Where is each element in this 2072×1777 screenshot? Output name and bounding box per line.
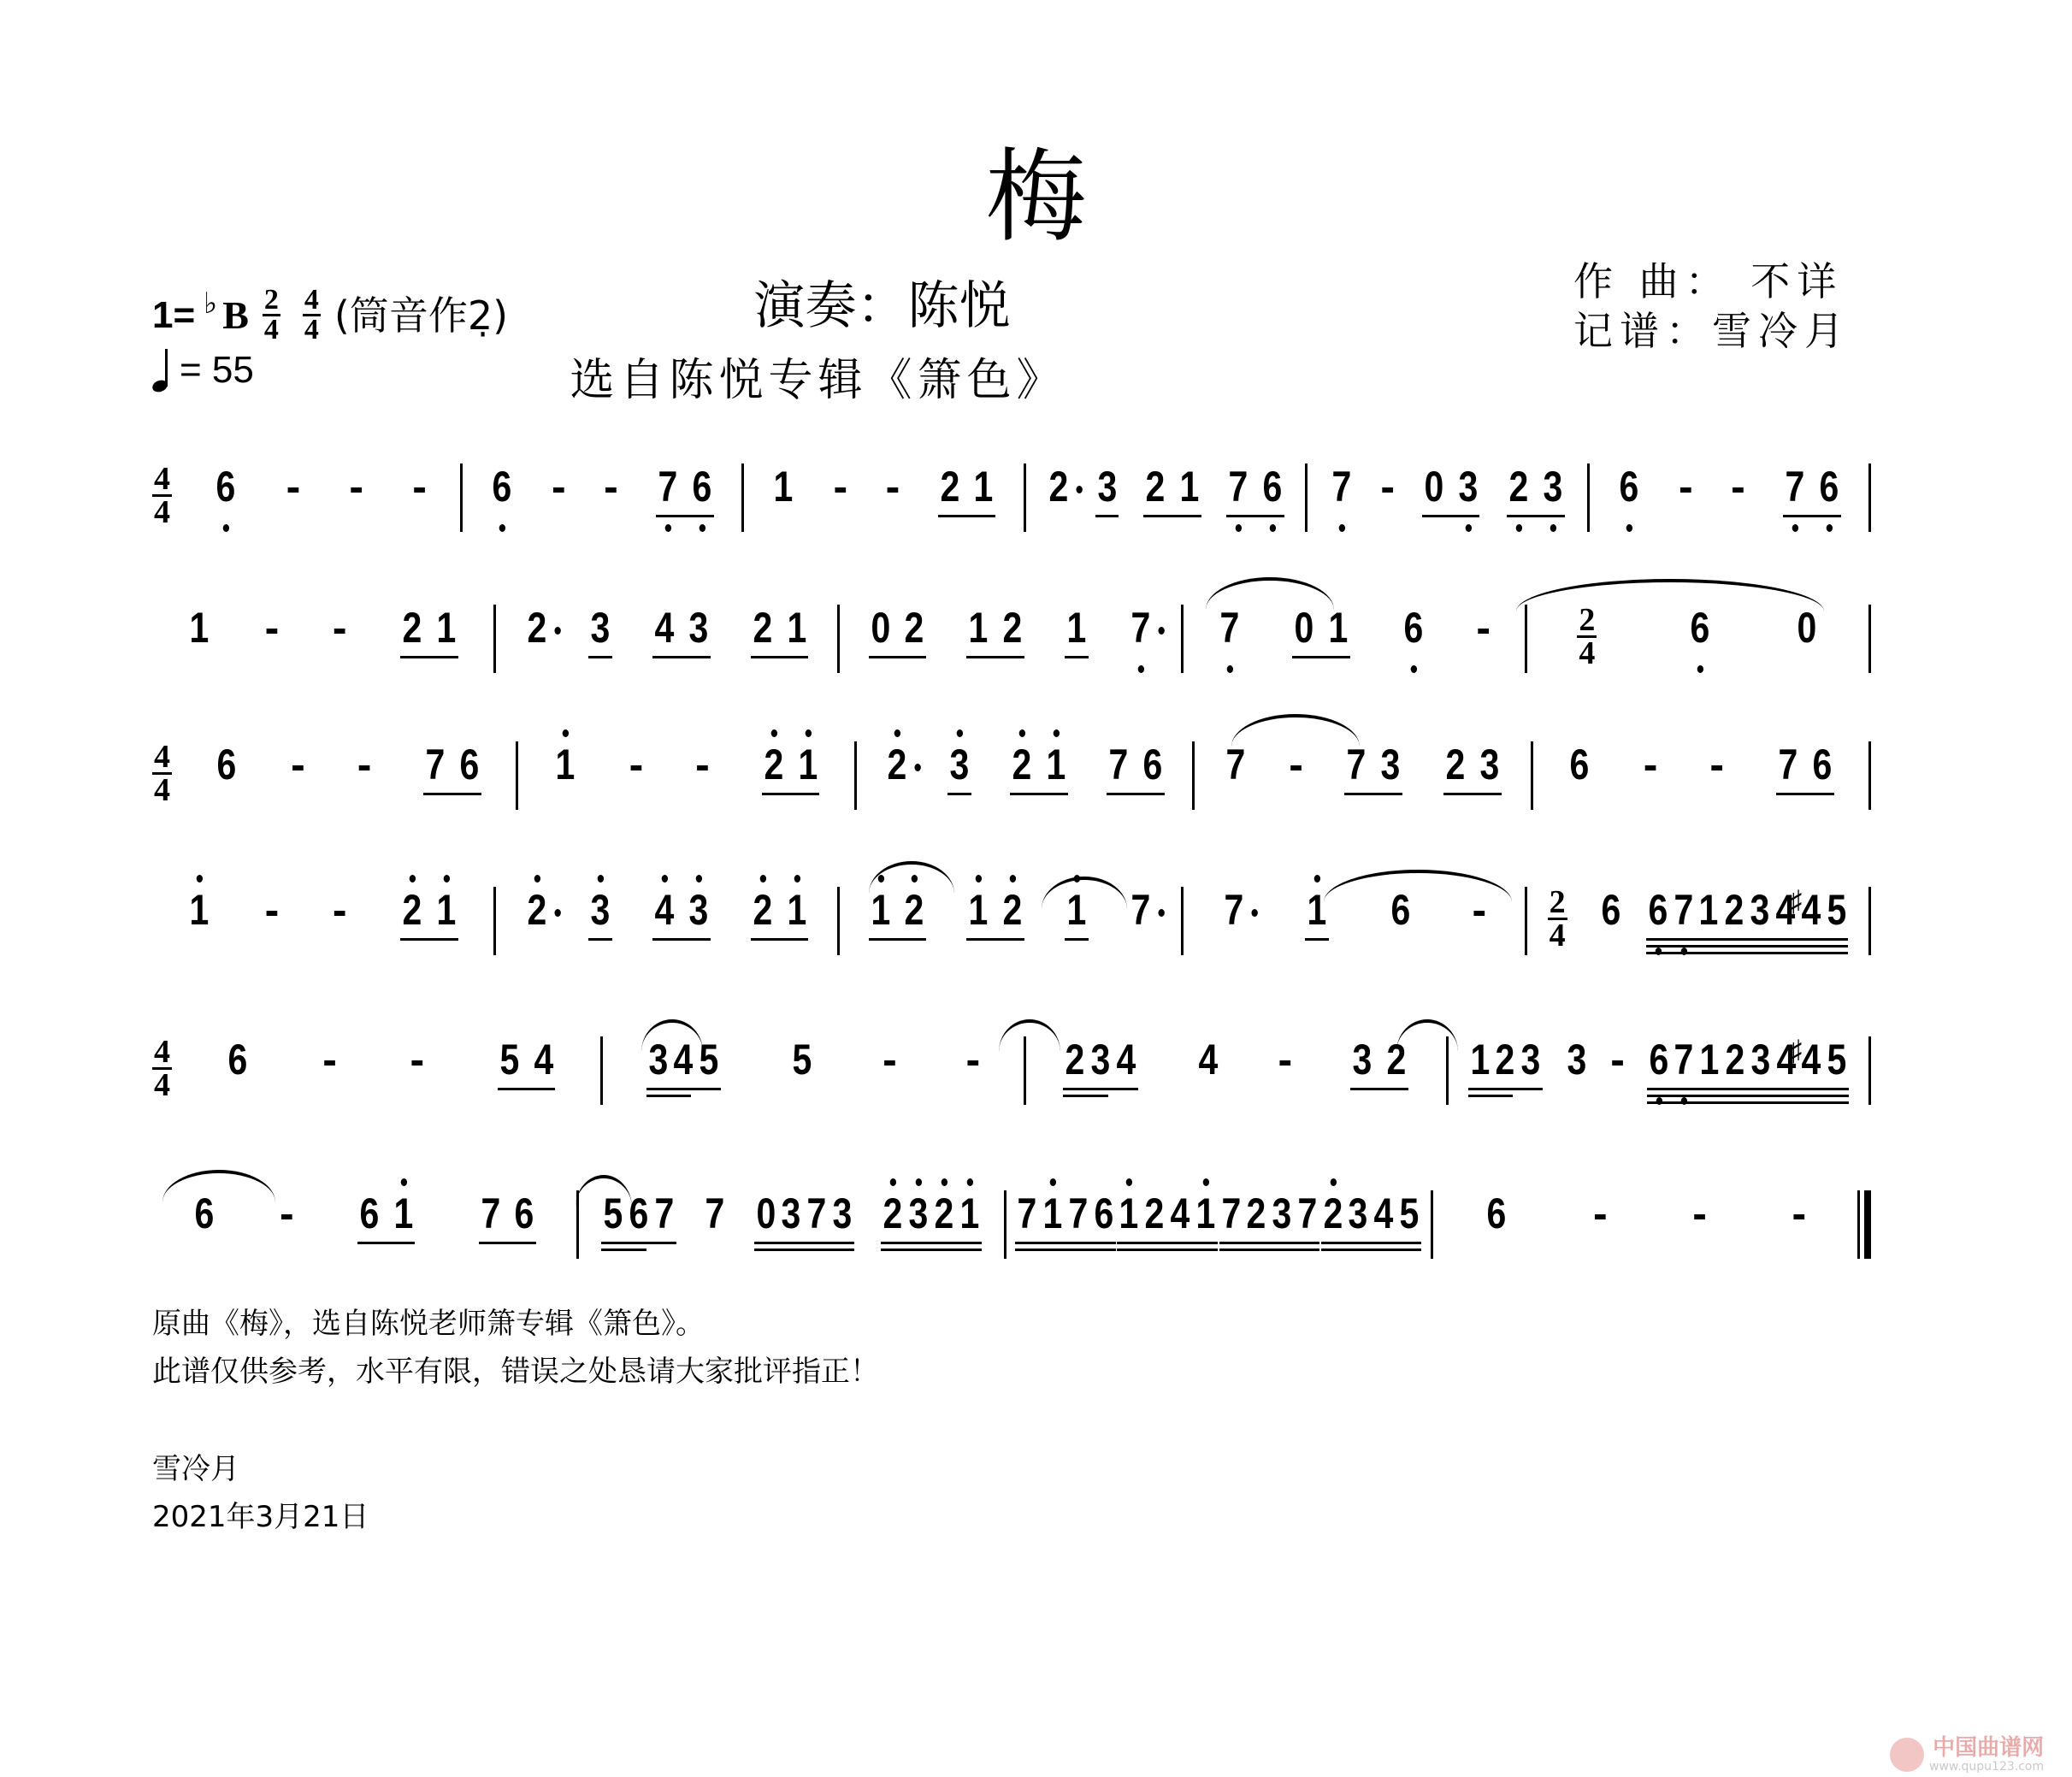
note: 2	[753, 885, 772, 935]
note: 6	[1601, 885, 1620, 935]
beam-group-notes: 01	[1292, 603, 1350, 652]
note: 4	[1117, 1035, 1136, 1084]
note: 7	[1674, 1035, 1694, 1084]
underline-beam	[656, 515, 714, 517]
high-octave-dot-icon	[400, 1178, 406, 1186]
beam-group: 6712344♯5	[1646, 885, 1849, 954]
sustain-dash: -	[333, 885, 347, 935]
measure: 232176	[857, 740, 1192, 825]
time-signature: 24	[1548, 887, 1567, 951]
beam-group-notes: 21	[938, 462, 996, 511]
time-signature-denominator: 4	[154, 1070, 170, 1101]
beam-group: 61	[357, 1189, 416, 1244]
high-octave-dot-icon	[956, 729, 962, 737]
underline-beam	[1065, 938, 1089, 941]
score-row: 1--21234321121217716-2466712344♯5	[152, 859, 1871, 988]
underline-beam	[754, 1249, 854, 1251]
note: 6	[692, 462, 711, 511]
watermark: 中国曲谱网 www.qupu123.com	[1890, 1736, 2044, 1774]
score-row-content: 1--212343210212177016-2460	[152, 603, 1871, 688]
note: 3	[689, 885, 709, 935]
high-octave-dot-icon	[916, 1178, 922, 1186]
note: 3	[1097, 462, 1117, 511]
beam-group: 73	[1344, 740, 1402, 795]
sustain-dash: -	[1692, 1189, 1707, 1238]
beam-group-notes: 1	[1305, 885, 1329, 935]
footer-note-line: 此谱仅供参考，水平有限，错误之处恳请大家批评指正！	[152, 1348, 879, 1396]
note: 0	[756, 1189, 776, 1238]
note: 2	[905, 603, 924, 652]
low-octave-dot-icon	[1227, 665, 1233, 673]
beam-group-notes: 1	[1065, 603, 1089, 652]
note: 1	[969, 885, 989, 935]
beam-group: 12	[966, 603, 1024, 658]
sustain-dash: -	[1731, 462, 1745, 511]
beam-group: 21	[751, 885, 809, 941]
low-octave-dot-icon	[1626, 524, 1632, 532]
note: 4	[1374, 1189, 1394, 1238]
note: 7	[426, 740, 446, 789]
note: 6	[460, 740, 480, 789]
note: 7	[1219, 603, 1239, 652]
underline-beam	[1117, 1249, 1217, 1251]
note: 2	[1048, 462, 1068, 511]
sustain-dash: -	[1476, 603, 1491, 652]
note: 0	[1295, 603, 1314, 652]
slur-arc	[1206, 577, 1334, 610]
measure: 121217	[840, 885, 1181, 971]
high-octave-dot-icon	[1126, 1178, 1132, 1186]
underline-beam	[588, 656, 612, 658]
note: 4♯	[1801, 885, 1821, 935]
score-row-content: 6-617656770373232171761241723723456---	[152, 1189, 1871, 1274]
note: 2	[1002, 885, 1022, 935]
augmentation-dot-icon	[1076, 486, 1082, 493]
underline-beam	[1646, 938, 1849, 941]
underline-beam	[1219, 1249, 1319, 1251]
note: 4	[1198, 1035, 1218, 1084]
beam-group: 7237	[1219, 1189, 1319, 1251]
measure: 567703732321	[579, 1189, 1003, 1274]
sustain-dash: -	[291, 740, 305, 789]
high-octave-dot-icon	[1050, 1178, 1056, 1186]
measure: 2466712344♯5	[1527, 885, 1868, 971]
beam-group: 54	[498, 1035, 556, 1090]
song-title: 梅	[0, 137, 2072, 257]
augmentation-dot-icon	[1251, 909, 1257, 917]
underline-beam	[966, 938, 1024, 941]
time-signature: 44	[152, 1036, 172, 1101]
underline-beam	[652, 938, 711, 941]
note: 3	[909, 1189, 929, 1238]
sustain-dash: -	[265, 885, 280, 935]
note: 3	[782, 1189, 801, 1238]
low-octave-dot-icon	[1269, 524, 1275, 532]
note: 1	[798, 740, 818, 789]
note: 3	[1458, 462, 1478, 511]
measure: 6---	[180, 462, 460, 547]
beam-group: 76	[1783, 462, 1841, 517]
note: 2	[403, 603, 422, 652]
note: 6	[1486, 1189, 1506, 1238]
beam-group: 1	[1065, 603, 1089, 658]
low-octave-dot-icon	[1338, 524, 1344, 532]
beam-group-notes: 21	[1010, 740, 1068, 789]
note: 3	[1380, 740, 1400, 789]
beam-group-notes: 76	[423, 740, 481, 789]
beam-group: 21	[400, 885, 458, 941]
sharp-icon: ♯	[1791, 1026, 1803, 1076]
measure: 1--21	[744, 462, 1024, 547]
beam-group-notes: 3	[947, 740, 971, 789]
credits: 作 曲： 不详 记谱：雪冷月	[1573, 257, 1851, 356]
high-octave-dot-icon	[805, 729, 811, 737]
underline-beam	[498, 1088, 556, 1090]
note: 5	[700, 1035, 719, 1084]
sustain-dash: -	[322, 1035, 337, 1084]
beam-group-notes: 76	[1783, 462, 1841, 511]
beam-group: 76	[1226, 462, 1284, 517]
underline-beam	[1292, 656, 1350, 658]
low-octave-dot-icon	[499, 524, 505, 532]
measure: 021217	[840, 603, 1181, 688]
sustain-dash: -	[1709, 740, 1724, 789]
note: 2	[935, 1189, 954, 1238]
sustain-dash: -	[1610, 1035, 1625, 1084]
beam-group-notes: 3	[588, 885, 612, 935]
slur-arc	[1516, 579, 1824, 611]
note: 1	[1043, 1189, 1063, 1238]
note: 1	[787, 885, 806, 935]
high-octave-dot-icon	[410, 875, 416, 883]
sustain-dash: -	[1289, 740, 1303, 789]
beam-group-notes: 1241	[1117, 1189, 1217, 1238]
beam-group: 03	[1422, 462, 1480, 517]
underline-beam	[751, 656, 809, 658]
beam-group-notes: 7176	[1015, 1189, 1115, 1238]
note: 5	[1827, 885, 1846, 935]
underline-beam	[1321, 1242, 1421, 1244]
note: 5	[1827, 1035, 1847, 1084]
sustain-dash: -	[629, 740, 644, 789]
note: 3	[949, 740, 969, 789]
beam-group: 3	[588, 885, 612, 941]
note: 1	[1700, 1035, 1720, 1084]
underline-beam	[646, 1088, 721, 1090]
beam-group: 6712344♯5	[1647, 1035, 1850, 1104]
beam-group-notes: 6712344♯5	[1646, 885, 1849, 935]
note: 7	[1786, 462, 1805, 511]
note: 6	[1403, 603, 1423, 652]
underline-beam	[1468, 1095, 1513, 1097]
beam-group: 0373	[754, 1189, 854, 1251]
sustain-dash: -	[412, 462, 427, 511]
measure: 7016-	[1184, 603, 1525, 688]
beam-group: 76	[656, 462, 714, 517]
slur-arc	[999, 1019, 1060, 1052]
slur-arc	[576, 1175, 632, 1207]
sustain-dash: -	[1278, 1035, 1293, 1084]
beam-group-notes: 76	[479, 1189, 537, 1238]
note: 1	[1066, 603, 1086, 652]
note: 3	[1543, 462, 1562, 511]
note: 7	[654, 1189, 674, 1238]
note: 2	[1066, 1035, 1085, 1084]
note: 4♯	[1802, 1035, 1821, 1084]
signature: 雪冷月	[152, 1445, 369, 1493]
beam-group: 1	[1305, 885, 1329, 941]
low-octave-dot-icon	[700, 524, 705, 532]
sustain-dash: -	[357, 740, 372, 789]
sustain-dash: -	[695, 740, 710, 789]
note: 1	[1699, 885, 1719, 935]
note: 2	[753, 603, 772, 652]
underline-beam	[646, 1095, 691, 1097]
note: 7	[705, 1189, 725, 1238]
note: 3	[591, 885, 611, 935]
beam-group-notes: 43	[652, 603, 711, 652]
underline-beam	[1646, 952, 1849, 954]
time-signature-numerator: 4	[152, 741, 172, 775]
final-barline	[1857, 1190, 1871, 1259]
low-octave-dot-icon	[1680, 948, 1686, 955]
note: 3	[1272, 1189, 1292, 1238]
beam-group-notes: 2345	[1321, 1189, 1421, 1238]
note: 2	[940, 462, 959, 511]
beam-group: 76	[1107, 740, 1165, 795]
underline-beam	[588, 938, 612, 941]
note: 6	[492, 462, 511, 511]
low-octave-dot-icon	[1697, 665, 1703, 673]
low-octave-dot-icon	[1827, 524, 1833, 532]
underline-beam	[869, 938, 927, 941]
time-signature-denominator: 4	[1550, 920, 1566, 951]
beam-group-notes: 12	[966, 603, 1024, 652]
beam-group: 43	[652, 603, 711, 658]
beam-group: 23	[1443, 740, 1502, 795]
note: 2	[764, 740, 783, 789]
sustain-dash: -	[883, 1035, 897, 1084]
sustain-dash: -	[265, 603, 280, 652]
measure: 1--21	[152, 885, 493, 971]
sustain-dash: -	[886, 462, 900, 511]
beam-group: 12	[966, 885, 1024, 941]
note: 1	[969, 603, 989, 652]
beam-group: 3	[947, 740, 971, 795]
note: 3	[833, 1189, 853, 1238]
low-octave-dot-icon	[1550, 524, 1555, 532]
sustain-dash: -	[1644, 740, 1658, 789]
score-row: 446---6--761--212321767-03236--76	[152, 436, 1871, 564]
beam-group: 76	[1776, 740, 1834, 795]
sustain-dash: -	[1593, 1189, 1608, 1238]
beam-group-notes: 54	[498, 1035, 556, 1084]
note: 7	[1108, 740, 1128, 789]
note: 6	[215, 462, 235, 511]
note: 0	[1424, 462, 1443, 511]
underline-beam	[947, 793, 971, 795]
note: 1	[1470, 1035, 1490, 1084]
note: 6	[217, 740, 237, 789]
note: 1	[1180, 462, 1200, 511]
underline-beam	[1783, 515, 1841, 517]
low-octave-dot-icon	[1792, 524, 1798, 532]
note: 6	[1812, 740, 1832, 789]
measure: 1--21	[152, 603, 493, 688]
augmentation-dot-icon	[554, 627, 560, 635]
high-octave-dot-icon	[759, 875, 765, 883]
underline-beam	[357, 1242, 416, 1244]
score-row-content: 446---6--761--212321767-03236--76	[152, 462, 1871, 547]
note: 6	[227, 1035, 247, 1084]
underline-beam	[652, 656, 711, 658]
beam-group-notes: 3	[588, 603, 612, 652]
note: 7	[1226, 740, 1246, 789]
beam-group-notes: 76	[1776, 740, 1834, 789]
note: 2	[1726, 1035, 1745, 1084]
note: 7	[807, 1189, 827, 1238]
note: 5	[792, 1035, 812, 1084]
beam-group: 7176	[1015, 1189, 1115, 1251]
watermark-url: www.qupu123.com	[1929, 1760, 2044, 1774]
note: 7	[1297, 1189, 1317, 1238]
score-row: 6-617656770373232171761241723723456---	[152, 1163, 1871, 1291]
time-signature-numerator: 2	[1548, 887, 1567, 920]
underline-beam	[1422, 515, 1480, 517]
time-signature-numerator: 4	[152, 463, 172, 497]
note: 4	[534, 1035, 553, 1084]
augmentation-dot-icon	[554, 909, 560, 917]
note: 6	[515, 1189, 534, 1238]
note: 1	[436, 603, 456, 652]
note: 1	[1195, 1189, 1215, 1238]
measure: 2460	[1527, 603, 1868, 688]
footer-note-line: 原曲《梅》，选自陈悦老师箫专辑《箫色》。	[152, 1300, 879, 1348]
underline-beam	[1065, 656, 1089, 658]
note: 2	[1247, 1189, 1266, 1238]
beam-group-notes: 3	[1095, 462, 1119, 511]
slur-arc	[869, 861, 954, 894]
note: 2	[1445, 740, 1465, 789]
underline-beam	[601, 1249, 646, 1251]
low-octave-dot-icon	[665, 524, 671, 532]
sustain-dash: -	[1792, 1189, 1807, 1238]
barline	[1868, 605, 1871, 673]
date: 2021年3月21日	[152, 1493, 369, 1541]
beam-group-notes: 234	[1063, 1035, 1137, 1084]
underline-beam	[1647, 1095, 1850, 1097]
note: 6	[1094, 1189, 1113, 1238]
note: 3	[1479, 740, 1499, 789]
beam-group-notes: 23	[1443, 740, 1502, 789]
measure: 7-7323	[1195, 740, 1530, 825]
high-octave-dot-icon	[770, 729, 776, 737]
note: 2	[883, 1189, 903, 1238]
low-octave-dot-icon	[1137, 665, 1143, 673]
measure: 6--76	[1533, 740, 1868, 825]
note: 1	[774, 462, 794, 511]
underline-beam	[601, 1242, 676, 1244]
note: 1	[436, 885, 456, 935]
beam-group: 1241	[1117, 1189, 1217, 1251]
high-octave-dot-icon	[890, 1178, 896, 1186]
sustain-dash: -	[280, 1189, 294, 1238]
high-octave-dot-icon	[1203, 1178, 1209, 1186]
note: 5	[499, 1035, 519, 1084]
note: 7	[1130, 885, 1150, 935]
sustain-dash: -	[552, 462, 566, 511]
measure: 6--76	[1590, 462, 1869, 547]
note: 7	[1018, 1189, 1037, 1238]
underline-beam	[1015, 1242, 1115, 1244]
note: 7	[658, 462, 678, 511]
note: 2	[1146, 462, 1166, 511]
low-octave-dot-icon	[222, 524, 228, 532]
note: 1	[1119, 1189, 1139, 1238]
underline-beam	[881, 1242, 981, 1244]
note: 7	[481, 1189, 500, 1238]
underline-beam	[479, 1242, 537, 1244]
note: 2	[1509, 462, 1529, 511]
underline-beam	[1143, 515, 1201, 517]
underline-beam	[1063, 1095, 1107, 1097]
time-signature: 24	[1577, 605, 1597, 669]
sustain-dash: -	[1679, 462, 1693, 511]
beam-group-notes: 21	[400, 885, 458, 935]
high-octave-dot-icon	[662, 875, 668, 883]
note: 7	[1778, 740, 1798, 789]
high-octave-dot-icon	[894, 729, 900, 737]
measure: 2344-32	[1026, 1035, 1446, 1120]
beam-group: 21	[400, 603, 458, 658]
note: 1	[974, 462, 994, 511]
note: 7	[1674, 885, 1693, 935]
high-octave-dot-icon	[444, 875, 450, 883]
high-octave-dot-icon	[1314, 875, 1320, 883]
note: 1	[555, 740, 575, 789]
underline-beam	[1647, 1088, 1850, 1090]
sustain-dash: -	[833, 462, 847, 511]
beam-group-notes: 21	[762, 740, 820, 789]
watermark-name: 中国曲谱网	[1933, 1736, 2044, 1760]
low-octave-dot-icon	[1465, 524, 1471, 532]
note: 1	[393, 1189, 413, 1238]
high-octave-dot-icon	[1019, 729, 1025, 737]
note: 3	[1349, 1189, 1368, 1238]
slur-arc	[162, 1170, 275, 1202]
note: 3	[591, 603, 611, 652]
underline-beam	[1507, 515, 1565, 517]
beam-group: 21	[1010, 740, 1068, 795]
beam-group-notes: 0373	[754, 1189, 854, 1238]
underline-beam	[1646, 945, 1849, 948]
underline-beam	[423, 793, 481, 795]
high-octave-dot-icon	[598, 875, 604, 883]
beam-group: 01	[1292, 603, 1350, 658]
slur-arc	[1042, 877, 1127, 909]
time-signature: 44	[152, 463, 172, 528]
underline-beam	[1468, 1088, 1543, 1090]
album-line: 选自陈悦专辑《箫色》	[0, 351, 2072, 410]
high-octave-dot-icon	[1010, 875, 1016, 883]
note: 3	[1091, 1035, 1111, 1084]
note: 6	[1262, 462, 1282, 511]
beam-group-notes: 76	[656, 462, 714, 511]
slur-arc	[1324, 870, 1512, 902]
high-octave-dot-icon	[696, 875, 702, 883]
measure: 232176	[1026, 462, 1306, 547]
beam-group: 234	[1063, 1035, 1137, 1097]
